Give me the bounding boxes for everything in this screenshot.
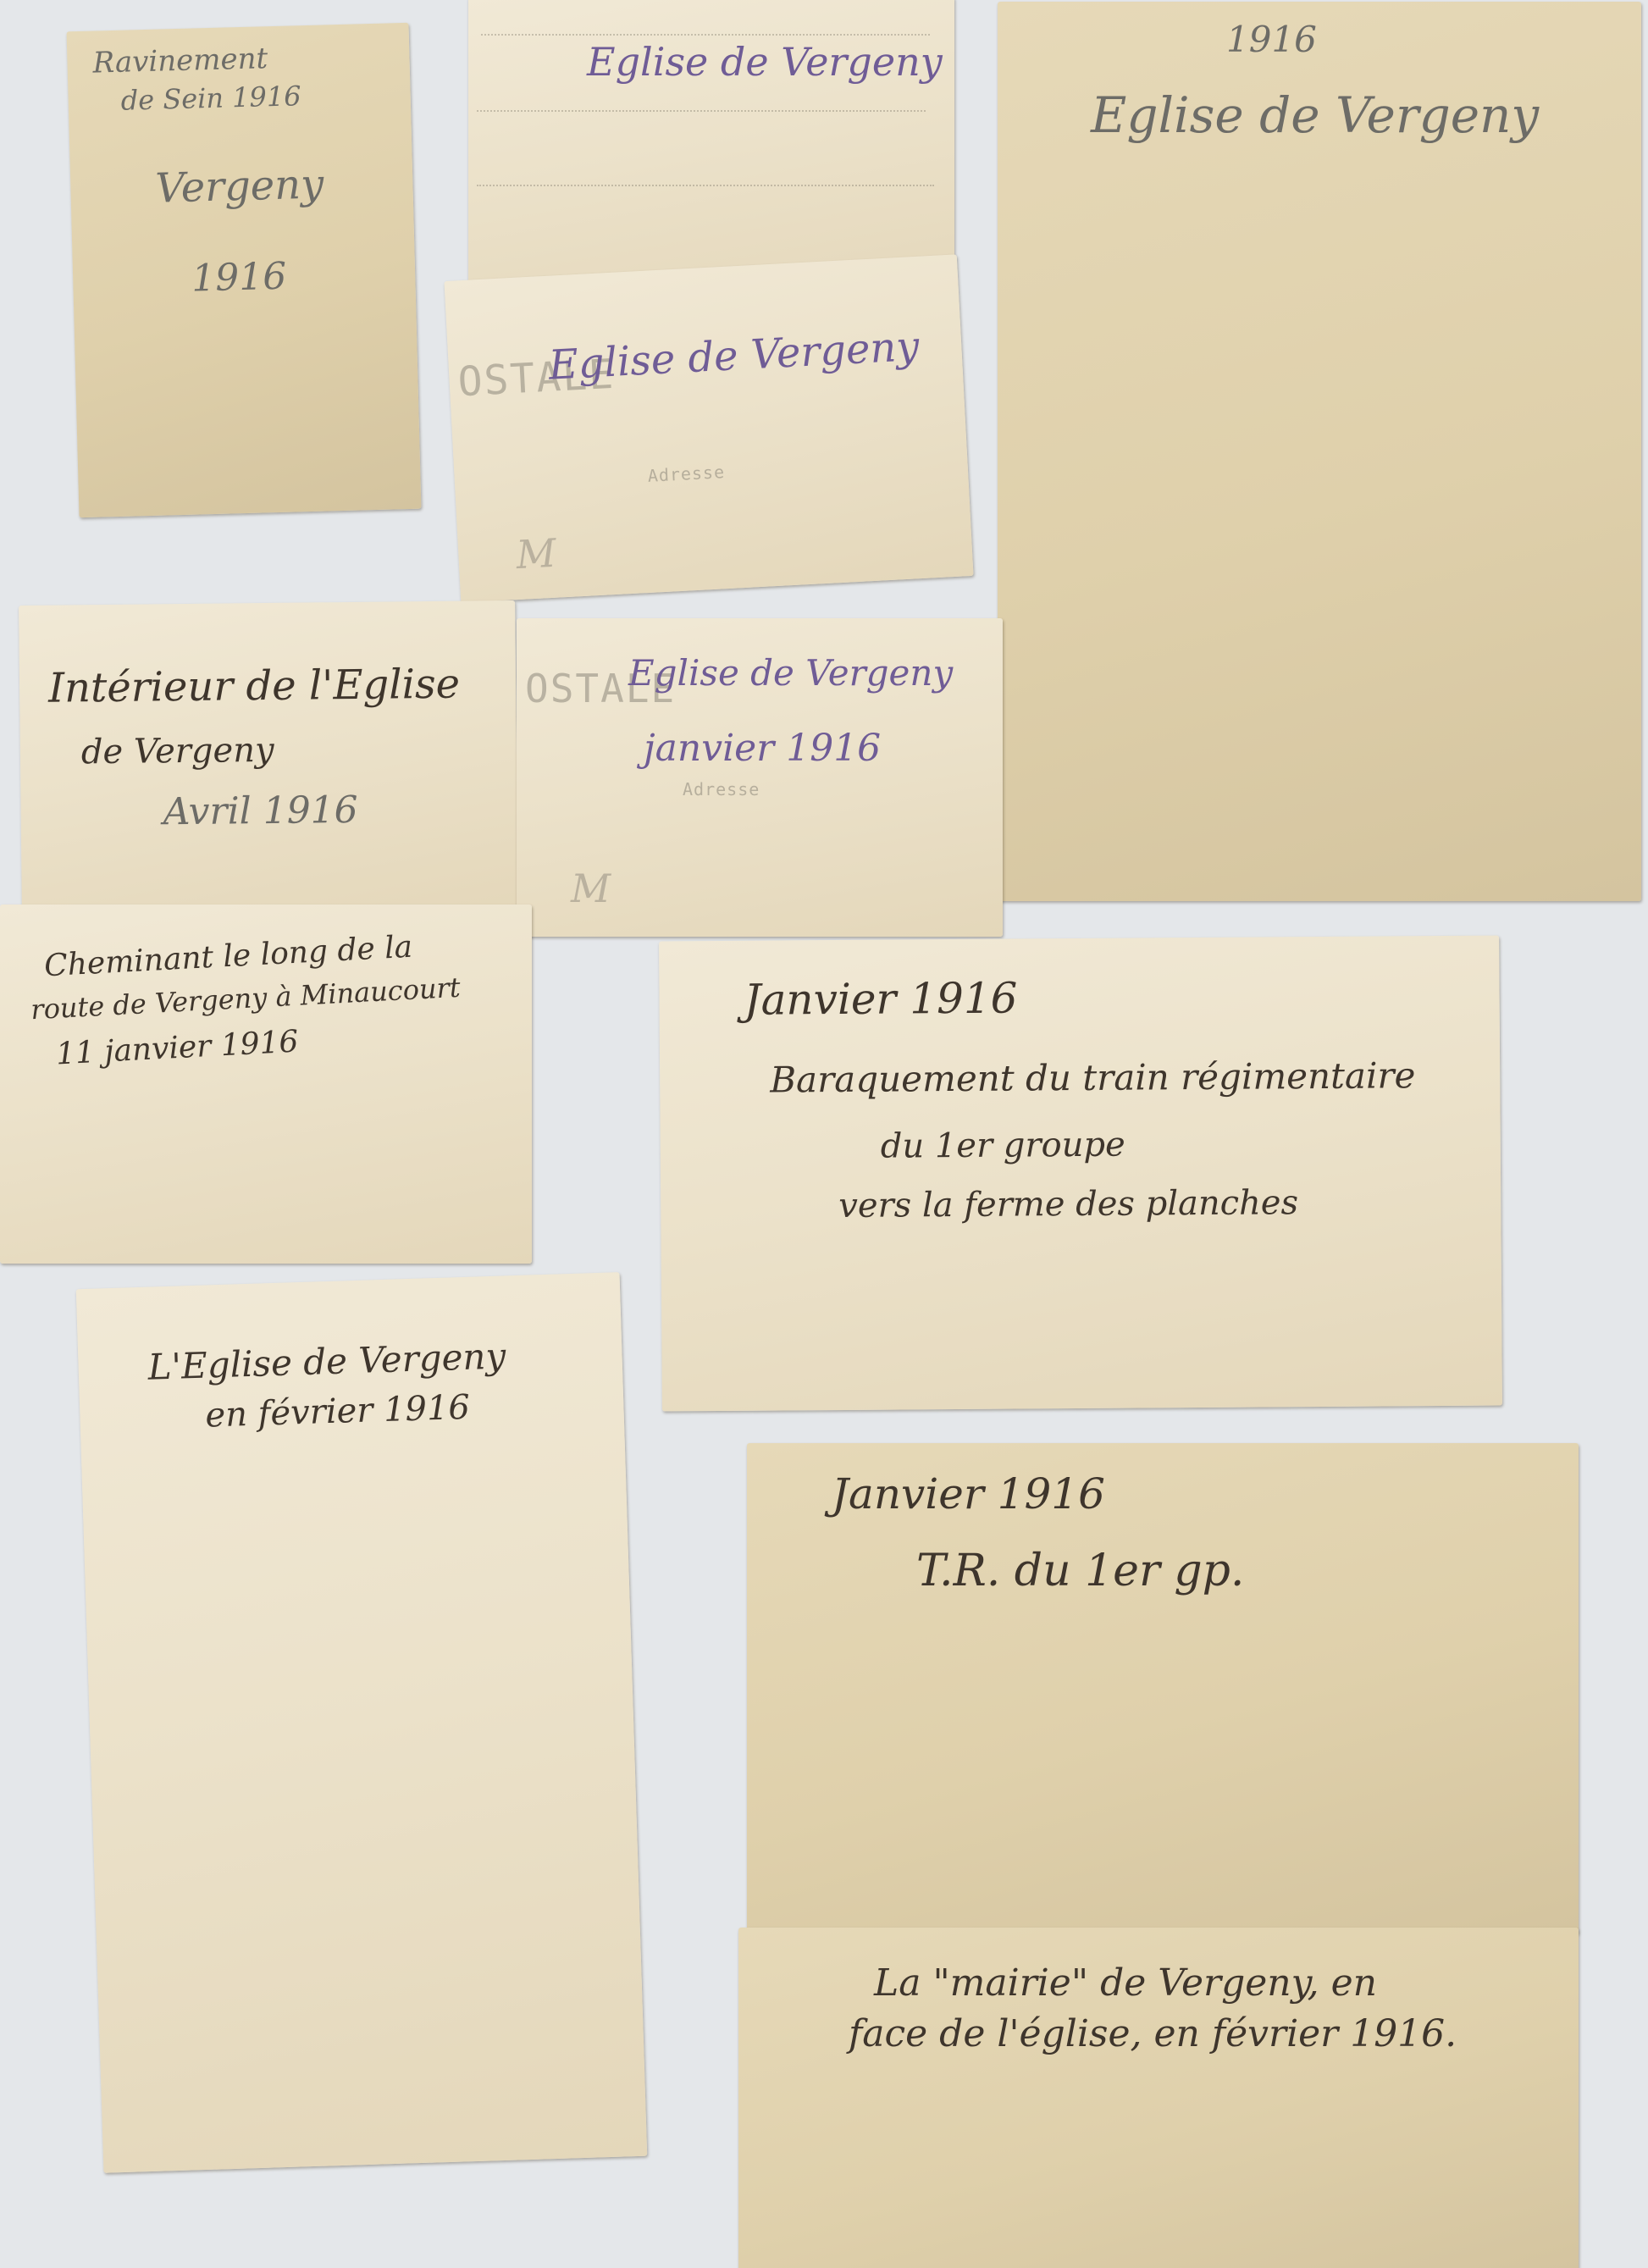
- handwritten-caption: Ravinement: [92, 41, 268, 80]
- handwritten-year: 1916: [1226, 19, 1317, 61]
- photo-card-tr-groupe: Janvier 1916 T.R. du 1er gp.: [747, 1443, 1579, 1934]
- handwritten-caption: Eglise de Vergeny: [587, 39, 943, 86]
- photo-card-cheminant: Cheminant le long de la route de Vergeny…: [0, 904, 532, 1264]
- handwritten-caption: T.R. du 1er gp.: [916, 1545, 1244, 1597]
- handwritten-caption: Eglise de Vergeny: [547, 323, 920, 390]
- handwritten-date: Janvier 1916: [744, 973, 1017, 1026]
- photo-card-mairie: La "mairie" de Vergeny, en face de l'égl…: [738, 1928, 1579, 2268]
- monogram-mark: M: [515, 530, 557, 578]
- handwritten-caption: Eglise de Vergeny: [628, 652, 953, 694]
- dotted-rule: [481, 34, 930, 36]
- photo-card-baraquement: Janvier 1916 Baraquement du train régime…: [659, 936, 1502, 1412]
- handwritten-caption: du 1er groupe: [881, 1125, 1125, 1167]
- photo-card-eglise-fevrier: L'Eglise de Vergeny en février 1916: [76, 1272, 647, 2173]
- handwritten-caption: vers la ferme des planches: [838, 1182, 1298, 1226]
- photo-card-eglise-large: 1916 Eglise de Vergeny: [998, 2, 1641, 901]
- photo-card-eglise-janvier: OSTALE Eglise de Vergeny janvier 1916 Ad…: [517, 618, 1003, 937]
- photo-card-ravinement: Ravinement de Sein 1916 Vergeny 1916: [67, 23, 422, 517]
- handwritten-date: 11 janvier 1916: [55, 1024, 299, 1073]
- photo-card-eglise-adresse: OSTALE Eglise de Vergeny Adresse M: [444, 254, 973, 602]
- handwritten-caption: de Sein 1916: [120, 80, 301, 117]
- handwritten-caption: La "mairie" de Vergeny, en: [874, 1961, 1377, 2006]
- monogram-mark: M: [571, 866, 611, 911]
- photo-card-interieur: Intérieur de l'Eglise de Vergeny Avril 1…: [19, 600, 518, 915]
- handwritten-date: en février 1916: [205, 1387, 471, 1436]
- handwritten-caption: L'Eglise de Vergeny: [147, 1335, 506, 1389]
- handwritten-date: Avril 1916: [163, 788, 358, 835]
- adresse-stamp: Adresse: [683, 779, 760, 799]
- handwritten-caption: Baraquement du train régimentaire: [770, 1054, 1415, 1102]
- handwritten-place: Vergeny: [155, 161, 324, 214]
- dotted-rule: [477, 110, 926, 112]
- adresse-stamp: Adresse: [647, 462, 725, 486]
- handwritten-caption: Intérieur de l'Eglise: [48, 661, 460, 714]
- handwritten-caption: face de l'église, en février 1916.: [849, 2012, 1457, 2057]
- dotted-rule: [477, 185, 934, 186]
- handwritten-caption: Eglise de Vergeny: [1091, 86, 1539, 146]
- handwritten-year: 1916: [191, 255, 287, 302]
- handwritten-date: janvier 1916: [644, 727, 881, 772]
- handwritten-date: Janvier 1916: [832, 1469, 1105, 1519]
- handwritten-caption: de Vergeny: [81, 730, 274, 772]
